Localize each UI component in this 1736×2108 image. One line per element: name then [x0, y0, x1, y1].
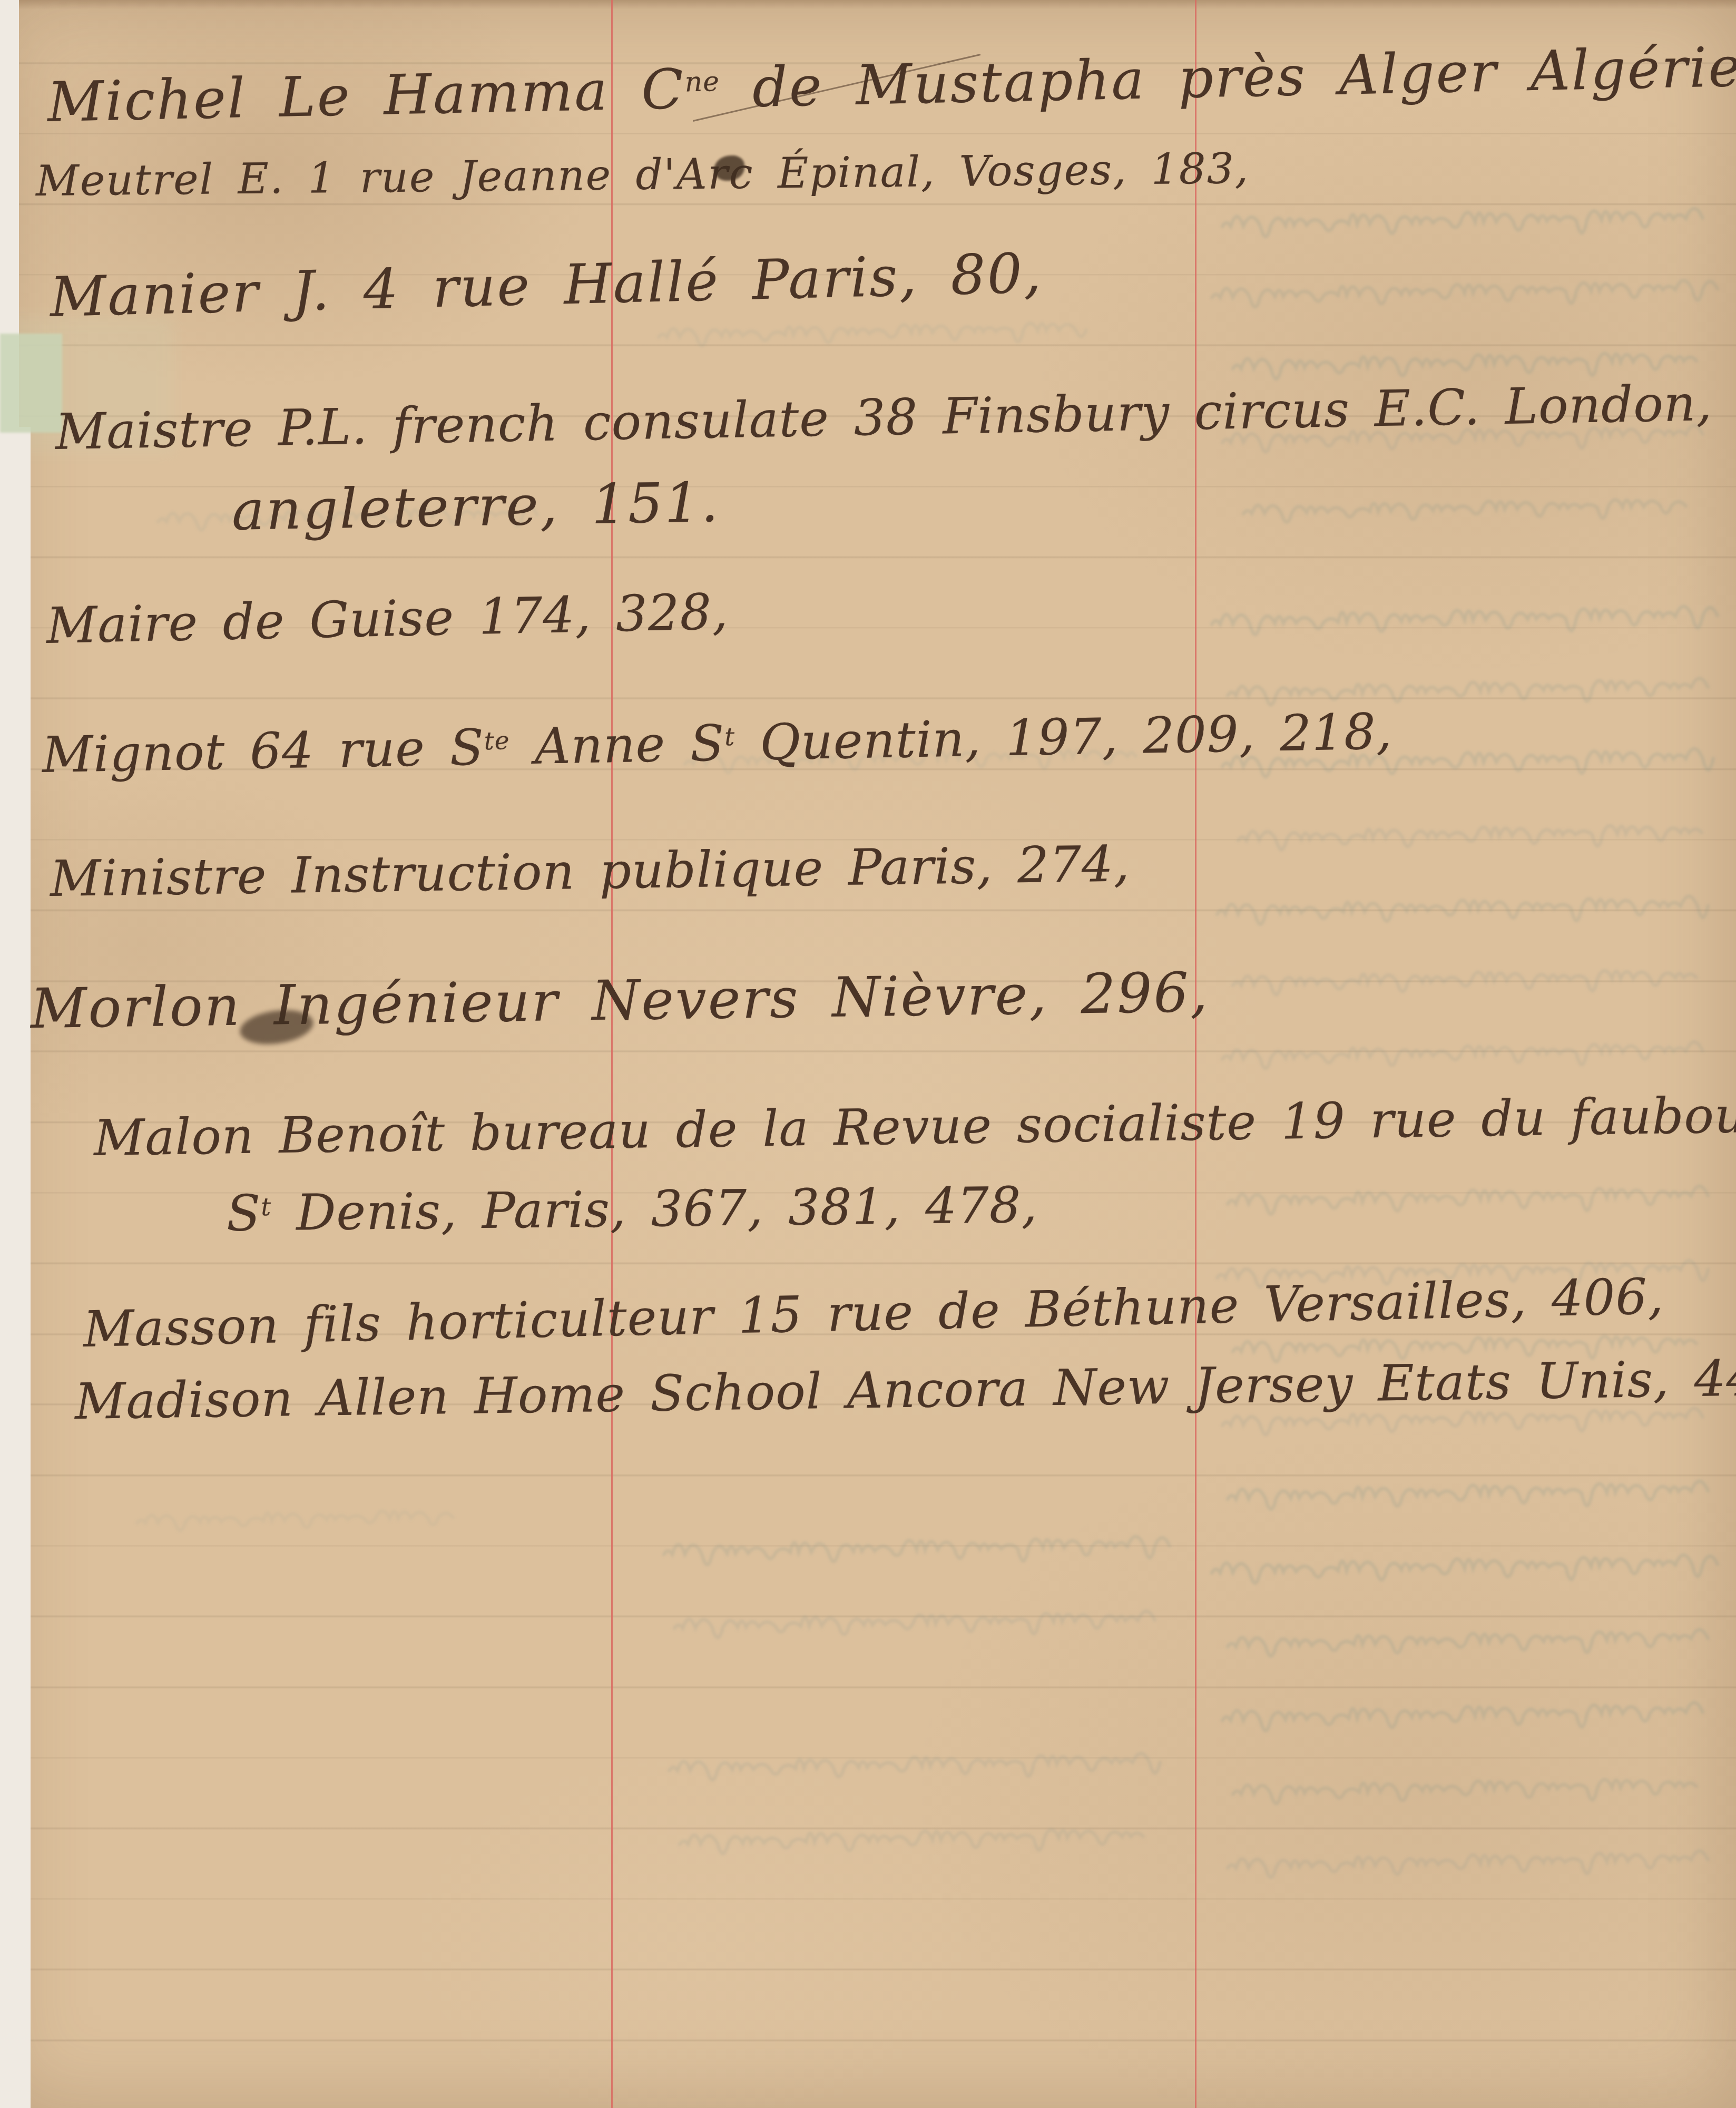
entry-text: Denis, Paris, 367, 381, 478, [271, 1177, 1038, 1242]
entry-line: Maire de Guise 174, 328, [46, 587, 729, 653]
entry-superscript: te [484, 726, 510, 756]
scan-edge-strip [0, 427, 31, 2108]
entry-text: Meutrel E. 1 rue Jeanne d'Arc Épinal, Vo… [36, 144, 1250, 206]
entry-text: Morlon Ingénieur Nevers Nièvre, 296, [30, 960, 1209, 1041]
entry-superscript: ne [684, 66, 720, 98]
entry-line: Morlon Ingénieur Nevers Nièvre, 296, [30, 964, 1209, 1038]
entry-line-continuation: angleterre, 151. [231, 474, 720, 540]
entry-text: Michel Le Hamma C [47, 57, 685, 134]
entry-line-continuation: St Denis, Paris, 367, 381, 478, [226, 1180, 1037, 1241]
entry-text: Masson fils horticulteur 15 rue de Béthu… [83, 1268, 1664, 1359]
entry-line: Maistre P.L. french consulate 38 Finsbur… [55, 378, 1713, 459]
entry-text: Mignot 64 rue S [42, 719, 485, 784]
scan-edge-strip [0, 0, 19, 2108]
red-margin-line-left [611, 0, 613, 2108]
tape-residue-patch [0, 334, 62, 433]
entry-line: Manier J. 4 rue Hallé Paris, 80, [50, 245, 1043, 326]
entry-text: Malon Benoît bureau de la Revue socialis… [93, 1086, 1736, 1167]
entry-text: Manier J. 4 rue Hallé Paris, 80, [49, 241, 1043, 329]
entry-line: Meutrel E. 1 rue Jeanne d'Arc Épinal, Vo… [36, 147, 1250, 203]
entry-line: Mignot 64 rue Ste Anne St Quentin, 197, … [42, 706, 1392, 782]
entry-text: Maistre P.L. french consulate 38 Finsbur… [55, 375, 1713, 461]
red-margin-line-right [1195, 0, 1196, 2108]
entry-text: S [226, 1185, 261, 1243]
entry-text: Maire de Guise 174, 328, [46, 583, 729, 655]
entry-line: Ministre Instruction publique Paris, 274… [50, 838, 1130, 905]
entry-text: Quentin, 197, 209, 218, [734, 703, 1392, 772]
entry-superscript: t [261, 1193, 271, 1222]
entry-text: Anne S [509, 715, 725, 776]
entry-text: de Mustapha près Alger Algérie, 45, [719, 32, 1736, 120]
scanned-handwritten-index-page: Michel Le Hamma Cne de Mustapha près Alg… [0, 0, 1736, 2108]
entry-text: Madison Allen Home School Ancora New Jer… [74, 1350, 1736, 1431]
entry-superscript: t [724, 723, 735, 752]
entry-text: angleterre, 151. [231, 470, 720, 543]
entry-line: Madison Allen Home School Ancora New Jer… [74, 1353, 1736, 1429]
entry-text: Ministre Instruction publique Paris, 274… [50, 835, 1130, 908]
entry-line: Malon Benoît bureau de la Revue socialis… [93, 1088, 1736, 1165]
entry-line: Michel Le Hamma Cne de Mustapha près Alg… [47, 35, 1736, 131]
entry-line: Masson fils horticulteur 15 rue de Béthu… [83, 1271, 1664, 1356]
